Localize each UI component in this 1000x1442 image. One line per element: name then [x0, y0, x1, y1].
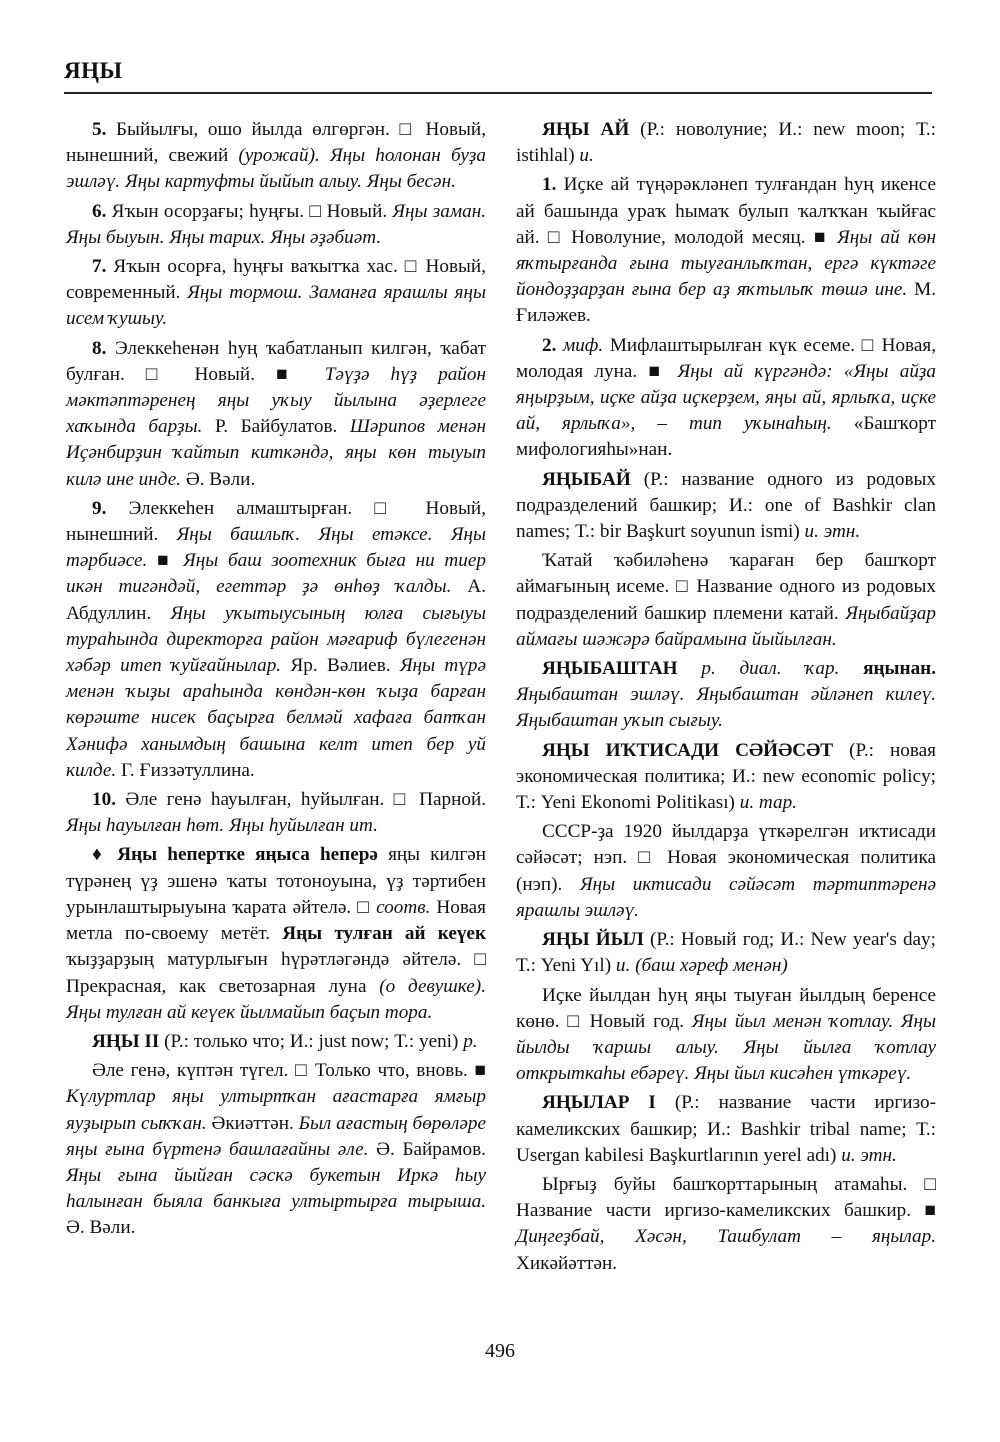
definition-text: Әле генә, күптән түгел. □ Только что, вн… — [92, 1060, 486, 1081]
dictionary-paragraph: 9. Элеккеһен алмаштырған. □ Новый, нынеш… — [66, 496, 486, 784]
dictionary-paragraph: Ҡатай ҡәбиләһенә ҡараған бер башҡорт айм… — [516, 548, 936, 653]
dictionary-paragraph: 1. Иҫке ай түңәрәкләнеп тулғандан һуң ик… — [516, 172, 936, 329]
dictionary-paragraph: ЯҢЫ ИҠТИСАДИ СӘЙӘСӘТ (Р.: новая экономич… — [516, 738, 936, 817]
dictionary-paragraph: Ырғыҙ буйы башҡорттарының атамаһы. □ Наз… — [516, 1172, 936, 1277]
page-number: 496 — [0, 1340, 1000, 1363]
dictionary-paragraph: ЯҢЫБАШТАН р. диал. ҡар. яңынан. Яңыбашта… — [516, 656, 936, 735]
dictionary-paragraph: 8. Элекке­һенән һуң ҡабатланып килгән, ҡ… — [66, 336, 486, 493]
headword-text: 10. — [92, 789, 125, 810]
definition-text: Әле генә һауылған, һуйылған. □ Парной. — [125, 789, 486, 810]
example-text: Яңы һауылған һөт. Яңы һуйылған ит. — [66, 815, 378, 836]
headword-text: ♦ Яңы һепертке яңыса һеперә — [92, 844, 378, 865]
example-text: и. — [579, 145, 593, 166]
running-head: ЯҢЫ — [64, 58, 123, 84]
headword-text: яңынан. — [863, 658, 936, 679]
dictionary-paragraph: Әле генә, күптән түгел. □ Только что, вн… — [66, 1058, 486, 1241]
headword-text: ЯҢЫ АЙ — [542, 119, 629, 140]
headword-text: ЯҢЫЛАР I — [542, 1092, 656, 1113]
definition-text: Р. Байбулатов. — [202, 416, 349, 437]
example-text: Яңы ғына йыйған сәскә букетын Иркә һыу һ… — [66, 1165, 486, 1212]
headword-text: 7. — [92, 256, 113, 277]
dictionary-paragraph: ♦ Яңы һепертке яңыса һеперә яңы килгән т… — [66, 842, 486, 1025]
example-text: и. этн. — [805, 521, 861, 542]
header-rule — [64, 92, 932, 94]
dictionary-paragraph: Иҫке йылдан һуң яңы тыуған йылдың беренс… — [516, 983, 936, 1088]
example-text: и. этн. — [841, 1145, 897, 1166]
example-text: и. (баш хәреф менән) — [616, 955, 788, 976]
definition-text: Әкиәттән. — [207, 1113, 299, 1134]
headword-text: 1. — [542, 174, 564, 195]
definition-text: Яҡын осорҙағы; һуңғы. □ Новый. — [112, 201, 393, 222]
dictionary-paragraph: 6. Яҡын осорҙағы; һуңғы. □ Новый. Яңы за… — [66, 199, 486, 251]
example-text: Диңгеҙбай, Хәсән, Ташбулат – яңылар. — [516, 1226, 936, 1247]
headword-text: ЯҢЫ ИҠТИСАДИ СӘЙӘСӘТ — [542, 740, 833, 761]
definition-text — [839, 658, 863, 679]
headword-text: ЯҢЫ II — [92, 1031, 159, 1052]
definition-text: Ә. Вәли. — [66, 1217, 135, 1238]
example-text: Яңыбаштан эшләү. Яңыбаштан әйләнеп килеү… — [516, 684, 936, 731]
definition-text: Ә. Байрамов. — [368, 1139, 486, 1160]
definition-text: Яр. Вәлиев. — [281, 655, 400, 676]
left-column: 5. Быйылғы, ошо йылда өлгөргән. □ Новый,… — [66, 117, 486, 1245]
headword-text: Яңы тулған ай кеүек — [282, 923, 486, 944]
definition-text: (Р.: только что; И.: just now; Т.: yeni) — [159, 1031, 463, 1052]
headword-text: ЯҢЫ ЙЫЛ — [542, 929, 644, 950]
dictionary-paragraph: СССР-ҙа 1920 йылдарҙа үткәрелгән иҡтисад… — [516, 819, 936, 924]
headword-text: 8. — [92, 338, 115, 359]
example-text: и. тар. — [740, 792, 797, 813]
dictionary-paragraph: 10. Әле генә һауылған, һуйылған. □ Парно… — [66, 787, 486, 839]
right-column: ЯҢЫ АЙ (Р.: новолуние; И.: new moon; Т.:… — [516, 117, 936, 1280]
dictionary-paragraph: 2. миф. Мифлаштырылған күк есеме. □ Нова… — [516, 333, 936, 464]
dictionary-paragraph: 7. Яҡын осорға, һуңғы ваҡытҡа хас. □ Нов… — [66, 254, 486, 333]
headword-text: 2. — [542, 335, 563, 356]
headword-text: 6. — [92, 201, 112, 222]
example-text: соотв. — [376, 897, 430, 918]
headword-text: ЯҢЫБАЙ — [542, 469, 631, 490]
headword-text: 5. — [92, 119, 116, 140]
example-text: р. диал. ҡар. — [701, 658, 839, 679]
example-text: миф. — [563, 335, 603, 356]
example-text: р. — [463, 1031, 477, 1052]
dictionary-paragraph: ЯҢЫ АЙ (Р.: новолуние; И.: new moon; Т.:… — [516, 117, 936, 169]
dictionary-paragraph: ЯҢЫБАЙ (Р.: название одного из родовых п… — [516, 467, 936, 546]
definition-text: ■ — [147, 550, 183, 571]
definition-text — [678, 658, 702, 679]
definition-text: Хикәйәттән. — [516, 1253, 617, 1274]
dictionary-paragraph: ЯҢЫЛАР I (Р.: название части иргизо-каме… — [516, 1090, 936, 1169]
dictionary-paragraph: 5. Быйылғы, ошо йылда өлгөргән. □ Новый,… — [66, 117, 486, 196]
headword-text: 9. — [92, 498, 129, 519]
dictionary-paragraph: ЯҢЫ II (Р.: только что; И.: just now; Т.… — [66, 1029, 486, 1055]
definition-text: Ә. Вәли. — [181, 469, 255, 490]
definition-text: Г. Ғиззәтуллина. — [116, 760, 254, 781]
dictionary-paragraph: ЯҢЫ ЙЫЛ (Р.: Новый год; И.: New year's d… — [516, 927, 936, 979]
definition-text: Ырғыҙ буйы башҡорттарының атамаһы. □ Наз… — [516, 1174, 936, 1221]
headword-text: ЯҢЫБАШТАН — [542, 658, 678, 679]
